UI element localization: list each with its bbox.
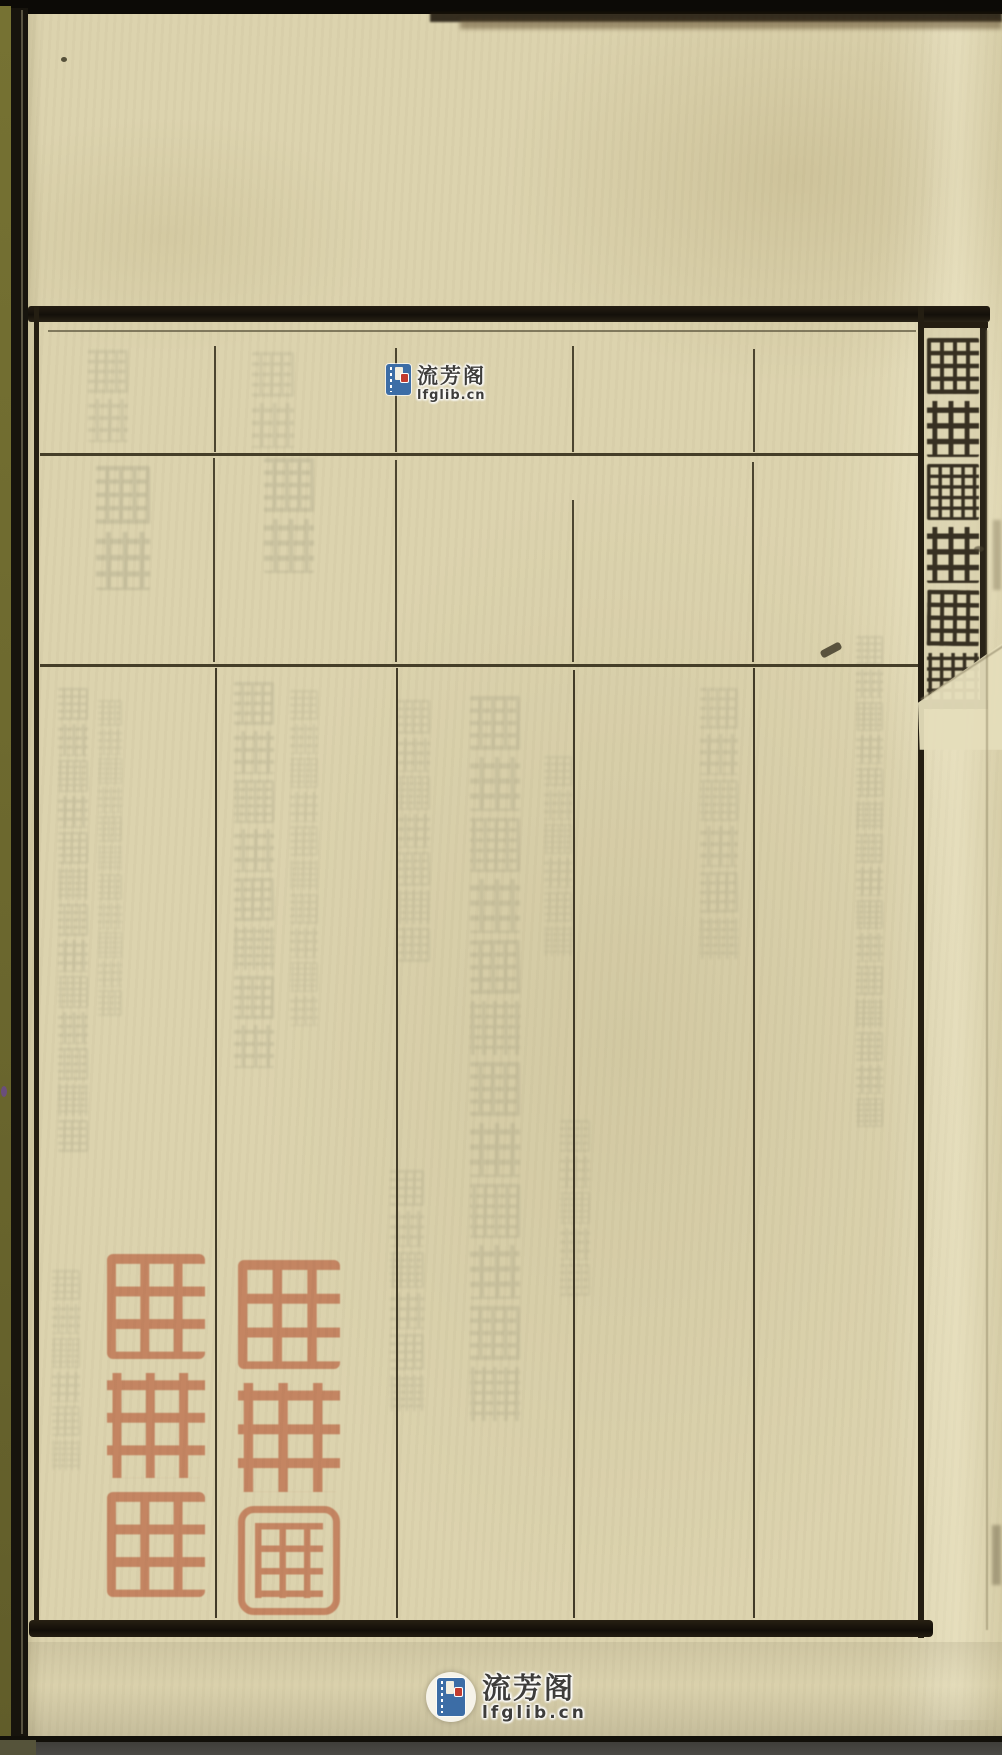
bleedthrough-text: [234, 682, 274, 1074]
spine-title-text: [926, 338, 980, 716]
scan-bottom-left-corner: [0, 1740, 36, 1755]
grid-bottom-border: [29, 1620, 933, 1637]
bleedthrough-text: [560, 1120, 590, 1300]
grid-hrule-1: [40, 453, 918, 456]
grid-top-border: [28, 306, 990, 322]
watermark-site-name: 流芳阁: [482, 1673, 587, 1704]
bleedthrough-text: [96, 466, 150, 598]
book-icon: [386, 364, 411, 395]
bleedthrough-text: [700, 688, 738, 964]
glyph-海: [238, 1383, 340, 1492]
bleedthrough-text: [52, 1270, 80, 1474]
grid-left-border: [34, 306, 39, 1636]
book-red-seal-decoration: [455, 1688, 462, 1696]
bleedthrough-text: [98, 700, 122, 1019]
grid-vline: [396, 668, 398, 1618]
glyph-上: [238, 1260, 340, 1369]
grid-vline: [395, 460, 397, 662]
book-spine-dark-edge: [11, 8, 28, 1738]
grid-vline: [752, 462, 754, 662]
bleedthrough-text: [398, 700, 430, 966]
watermark-site-url: lfglib.cn: [417, 388, 486, 404]
bleedthrough-text: [58, 688, 88, 1156]
color-speck: [1, 1086, 7, 1097]
bleedthrough-text: [544, 756, 572, 960]
paper-right-light-band: [926, 20, 1002, 1720]
bleedthrough-text: [252, 352, 294, 454]
book-icon: [437, 1678, 465, 1716]
watermark-site-url: lfglib.cn: [482, 1704, 587, 1723]
bleedthrough-text: [470, 696, 520, 1428]
grid-vline: [753, 349, 755, 452]
grid-vline: [215, 668, 217, 1618]
bleedthrough-text: [264, 458, 314, 580]
library-seal-left-column: [106, 1254, 206, 1611]
glyph-館: [107, 1373, 205, 1478]
grid-hrule-2: [40, 664, 918, 667]
book-red-seal-decoration: [401, 374, 408, 382]
glyph-修: [927, 527, 979, 583]
glyph-書: [107, 1254, 205, 1359]
grid-vline: [572, 346, 574, 452]
bleedthrough-text: [88, 350, 128, 448]
bleedthrough-text: [856, 636, 883, 1131]
grid-top-underline: [48, 330, 916, 332]
grid-vline: [572, 500, 574, 662]
grid-vline: [214, 346, 216, 452]
ink-speck: [974, 546, 984, 552]
grid-vline: [213, 458, 215, 662]
watermark-badge-circle: [426, 1672, 476, 1722]
book-spine-seam: [21, 10, 23, 1734]
scan-top-edge-fuzz: [460, 20, 1002, 29]
library-seal-right-column: [236, 1260, 342, 1629]
bleedthrough-text: [290, 690, 318, 1030]
page-right-edge-smudge: [992, 1525, 1001, 1585]
underleaf-edge-line: [986, 330, 988, 1630]
scanned-genealogy-page: { "document": { "kind": "scanned genealo…: [0, 0, 1002, 1755]
grid-vline: [753, 668, 755, 1618]
glyph-五: [927, 464, 979, 520]
glyph-氏: [927, 401, 979, 457]
glyph-許: [927, 338, 979, 394]
glyph-圖: [238, 1506, 340, 1615]
watermark-bottom: 流芳阁 lfglib.cn: [426, 1672, 587, 1723]
spine-title-box-top-border: [918, 322, 988, 328]
book-spine-olive-edge: [0, 6, 11, 1740]
watermark-mid: 流芳阁 lfglib.cn: [386, 364, 486, 404]
glyph-族: [927, 590, 980, 647]
grid-vline: [573, 670, 575, 1618]
watermark-site-name: 流芳阁: [417, 364, 486, 388]
book-stitch-decoration: [390, 367, 392, 392]
ink-speck: [61, 57, 67, 62]
book-label-decoration: [446, 1681, 454, 1694]
page-right-edge-smudge: [993, 520, 1001, 590]
scan-bottom-bar: [0, 1742, 1002, 1755]
book-stitch-decoration: [441, 1681, 443, 1713]
glyph-藏: [107, 1492, 205, 1597]
